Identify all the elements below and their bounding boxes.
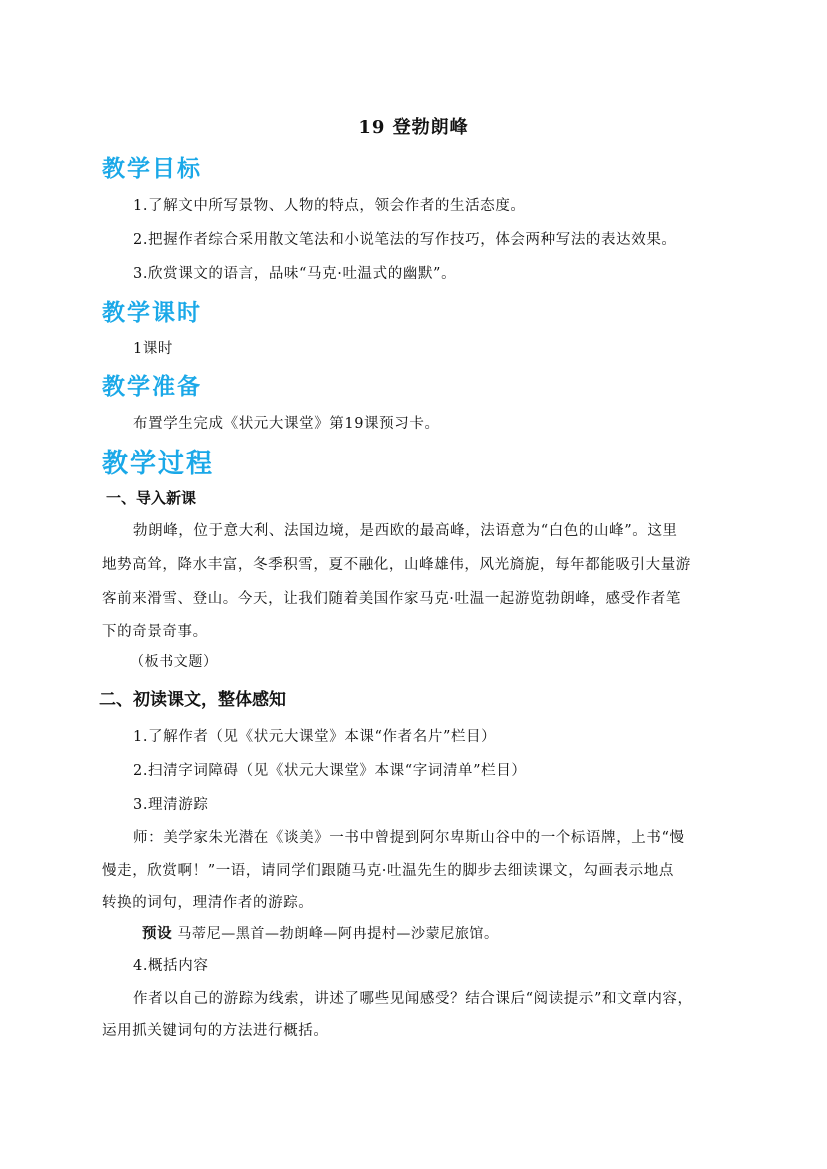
heading-hours: 教学课时 — [102, 294, 202, 327]
teacher-line: 转换的词句，理清作者的游踪。 — [102, 891, 313, 912]
preset-text: 马蒂尼—黑首—勃朗峰—阿冉提村—沙蒙尼旅馆。 — [177, 926, 498, 942]
part2-item: 1.了解作者（见《状元大课堂》本课“作者名片”栏目） — [133, 725, 496, 746]
preset-line: 预设 马蒂尼—黑首—勃朗峰—阿冉提村—沙蒙尼旅馆。 — [142, 922, 499, 943]
blackboard-note: （板书文题） — [130, 651, 218, 671]
part1-heading: 一、导入新课 — [106, 487, 196, 508]
part1-line: 下的奇景奇事。 — [102, 620, 208, 641]
part2-heading: 二、初读课文，整体感知 — [99, 685, 286, 710]
objective-item: 3.欣赏课文的语言，品味“马克·吐温式的幽默”。 — [133, 262, 456, 283]
part2-item: 2.扫清字词障碍（见《状元大课堂》本课“字词清单”栏目） — [133, 759, 526, 780]
hours-text: 1课时 — [133, 337, 173, 358]
part1-line: 勃朗峰，位于意大利、法国边境，是西欧的最高峰，法语意为“白色的山峰”。这里 — [133, 519, 678, 540]
part2-item: 3.理清游踪 — [133, 793, 208, 814]
preset-label: 预设 — [142, 926, 172, 942]
teacher-line: 慢走，欣赏啊！”一语，请同学们跟随马克·吐温先生的脚步去细读课文，勾画表示地点 — [102, 859, 674, 880]
part2-item: 4.概括内容 — [133, 954, 208, 975]
part1-line: 地势高耸，降水丰富，冬季积雪，夏不融化，山峰雄伟，风光旖旎，每年都能吸引大量游 — [102, 553, 691, 574]
heading-process: 教学过程 — [102, 443, 214, 480]
summary-line: 作者以自己的游踪为线索，讲述了哪些见闻感受？结合课后“阅读提示”和文章内容， — [133, 987, 693, 1008]
heading-preparation: 教学准备 — [102, 368, 202, 401]
lesson-title: 19 登勃朗峰 — [0, 113, 827, 139]
summary-line: 运用抓关键词句的方法进行概括。 — [102, 1019, 329, 1040]
objective-item: 1.了解文中所写景物、人物的特点，领会作者的生活态度。 — [133, 194, 526, 215]
preparation-text: 布置学生完成《状元大课堂》第19课预习卡。 — [133, 412, 440, 433]
teacher-line: 师：美学家朱光潜在《谈美》一书中曾提到阿尔卑斯山谷中的一个标语牌，上书“慢 — [133, 826, 685, 847]
document-page: 19 登勃朗峰 教学目标 1.了解文中所写景物、人物的特点，领会作者的生活态度。… — [0, 0, 827, 1169]
objective-item: 2.把握作者综合采用散文笔法和小说笔法的写作技巧，体会两种写法的表达效果。 — [133, 228, 677, 249]
part1-line: 客前来滑雪、登山。今天，让我们随着美国作家马克·吐温一起游览勃朗峰，感受作者笔 — [102, 587, 681, 608]
heading-objectives: 教学目标 — [102, 150, 202, 183]
